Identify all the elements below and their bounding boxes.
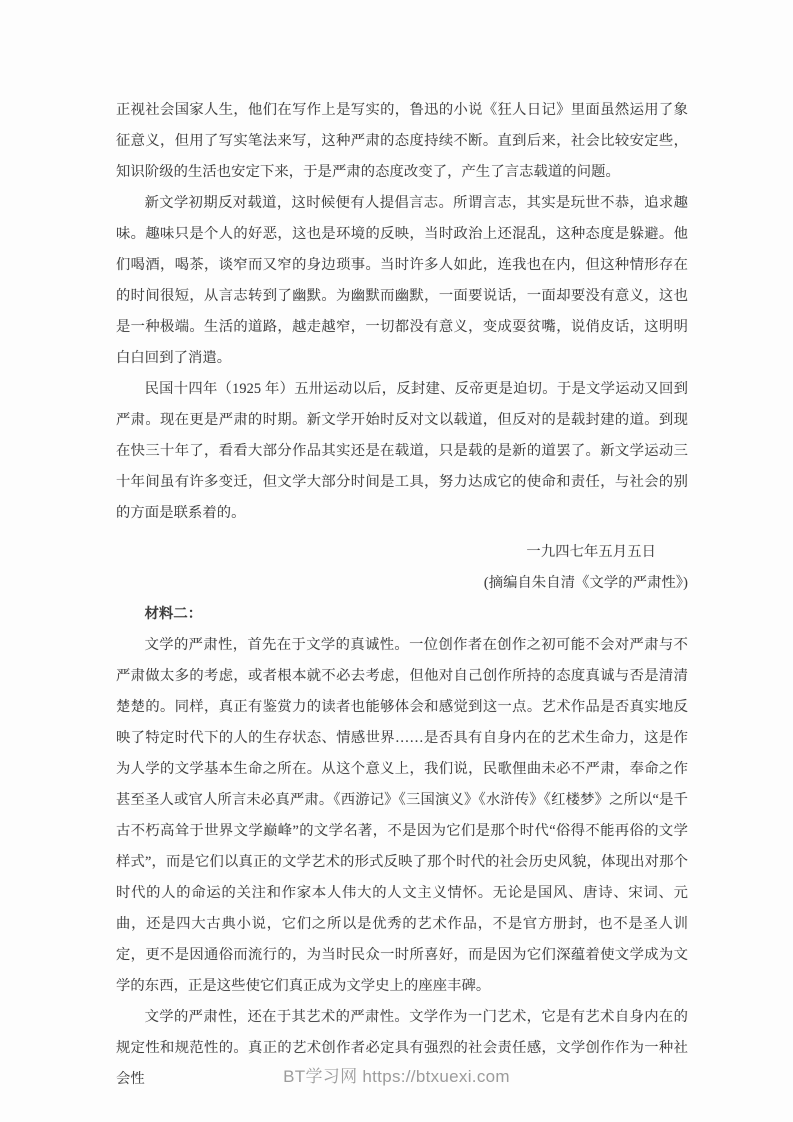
material-one-attribution: (摘编自朱自清《文学的严肃性》) [116, 568, 688, 599]
material-one-paragraph-continuation: 正视社会国家人生，他们在写作上是写实的，鲁迅的小说《狂人日记》里面虽然运用了象征… [116, 95, 688, 188]
material-two-heading: 材料二： [116, 599, 688, 630]
material-one-paragraph: 新文学初期反对载道，这时候便有人提倡言志。所谓言志，其实是玩世不恭，追求趣味。趣… [116, 188, 688, 374]
material-one-paragraph: 民国十四年（1925 年）五卅运动以后，反封建、反帝更是迫切。于是文学运动又回到… [116, 374, 688, 529]
site-watermark: BT学习网 https://btxuexi.com [0, 1062, 793, 1087]
document-text-block: 正视社会国家人生，他们在写作上是写实的，鲁迅的小说《狂人日记》里面虽然运用了象征… [116, 95, 688, 1095]
scanned-document-page: 正视社会国家人生，他们在写作上是写实的，鲁迅的小说《狂人日记》里面虽然运用了象征… [0, 0, 793, 1122]
material-one-date: 一九四七年五月五日 [116, 537, 688, 568]
material-two-paragraph: 文学的严肃性，首先在于文学的真诚性。一位创作者在创作之初可能不会对严肃与不严肃做… [116, 630, 688, 1002]
